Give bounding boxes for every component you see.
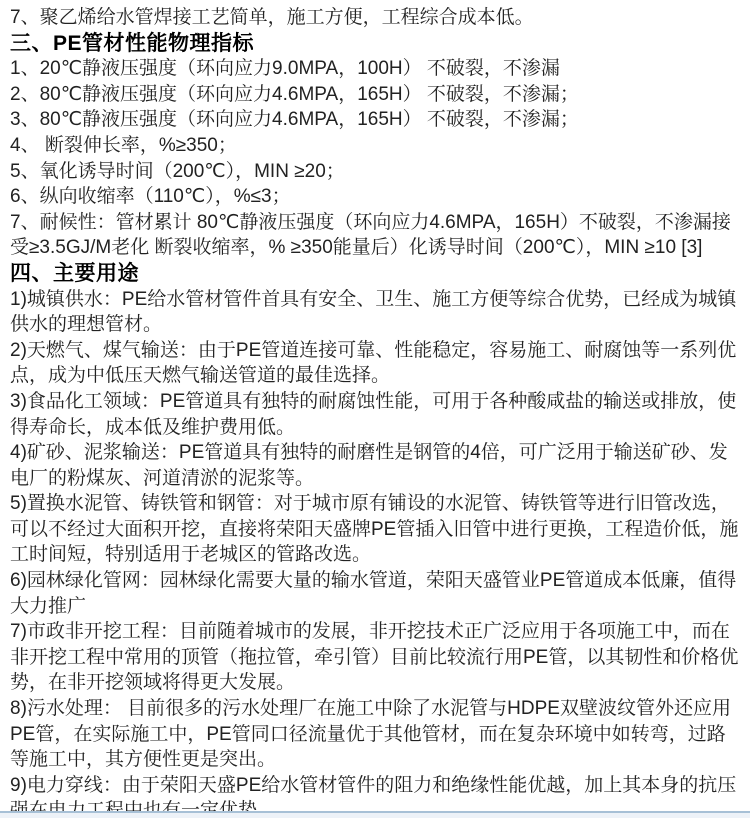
- physical-indicator-item: 3、80℃静液压强度（环向应力4.6MPA，165H） 不破裂，不渗漏；: [10, 107, 740, 133]
- section-heading-physical-indicators: 三、PE管材性能物理指标: [10, 31, 740, 57]
- use-item: 2)天燃气、煤气输送：由于PE管道连接可靠、性能稳定，容易施工、耐腐蚀等一系列优…: [10, 338, 740, 389]
- physical-indicator-item: 6、纵向收缩率（110℃），%≤3；: [10, 184, 740, 210]
- use-item: 6)园林绿化管网：园林绿化需要大量的输水管道，荣阳天盛管业PE管道成本低廉，值得…: [10, 568, 740, 619]
- use-item: 4)矿砂、泥浆输送：PE管道具有独特的耐磨性是钢管的4倍，可广泛用于输送矿砂、发…: [10, 440, 740, 491]
- section-heading-main-uses: 四、主要用途: [10, 261, 740, 287]
- pe-advantage-item-7: 7、聚乙烯给水管焊接工艺简单，施工方便，工程综合成本低。: [10, 5, 740, 31]
- physical-indicator-item: 2、80℃静液压强度（环向应力4.6MPA，165H） 不破裂，不渗漏；: [10, 82, 740, 108]
- use-item: 3)食品化工领域：PE管道具有独特的耐腐蚀性能，可用于各种酸咸盐的输送或排放，使…: [10, 389, 740, 440]
- bottom-divider: [0, 811, 750, 818]
- physical-indicator-item: 7、耐候性：管材累计 80℃静液压强度（环向应力4.6MPA，165H）不破裂，…: [10, 210, 740, 261]
- use-item: 7)市政非开挖工程：目前随着城市的发展，非开挖技术正广泛应用于各项施工中，而在非…: [10, 619, 740, 696]
- physical-indicator-item: 5、氧化诱导时间（200℃），MIN ≥20；: [10, 159, 740, 185]
- use-item: 1)城镇供水：PE给水管材管件首具有安全、卫生、施工方便等综合优势，已经成为城镇…: [10, 287, 740, 338]
- use-item: 5)置换水泥管、铸铁管和钢管：对于城市原有铺设的水泥管、铸铁管等进行旧管改选，可…: [10, 491, 740, 568]
- physical-indicator-item: 1、20℃静液压强度（环向应力9.0MPA，100H） 不破裂，不渗漏: [10, 56, 740, 82]
- physical-indicator-item: 4、 断裂伸长率，%≥350；: [10, 133, 740, 159]
- use-item: 8)污水处理： 目前很多的污水处理厂在施工中除了水泥管与HDPE双壁波纹管外还应…: [10, 696, 740, 773]
- document-page: 7、聚乙烯给水管焊接工艺简单，施工方便，工程综合成本低。 三、PE管材性能物理指…: [0, 0, 750, 818]
